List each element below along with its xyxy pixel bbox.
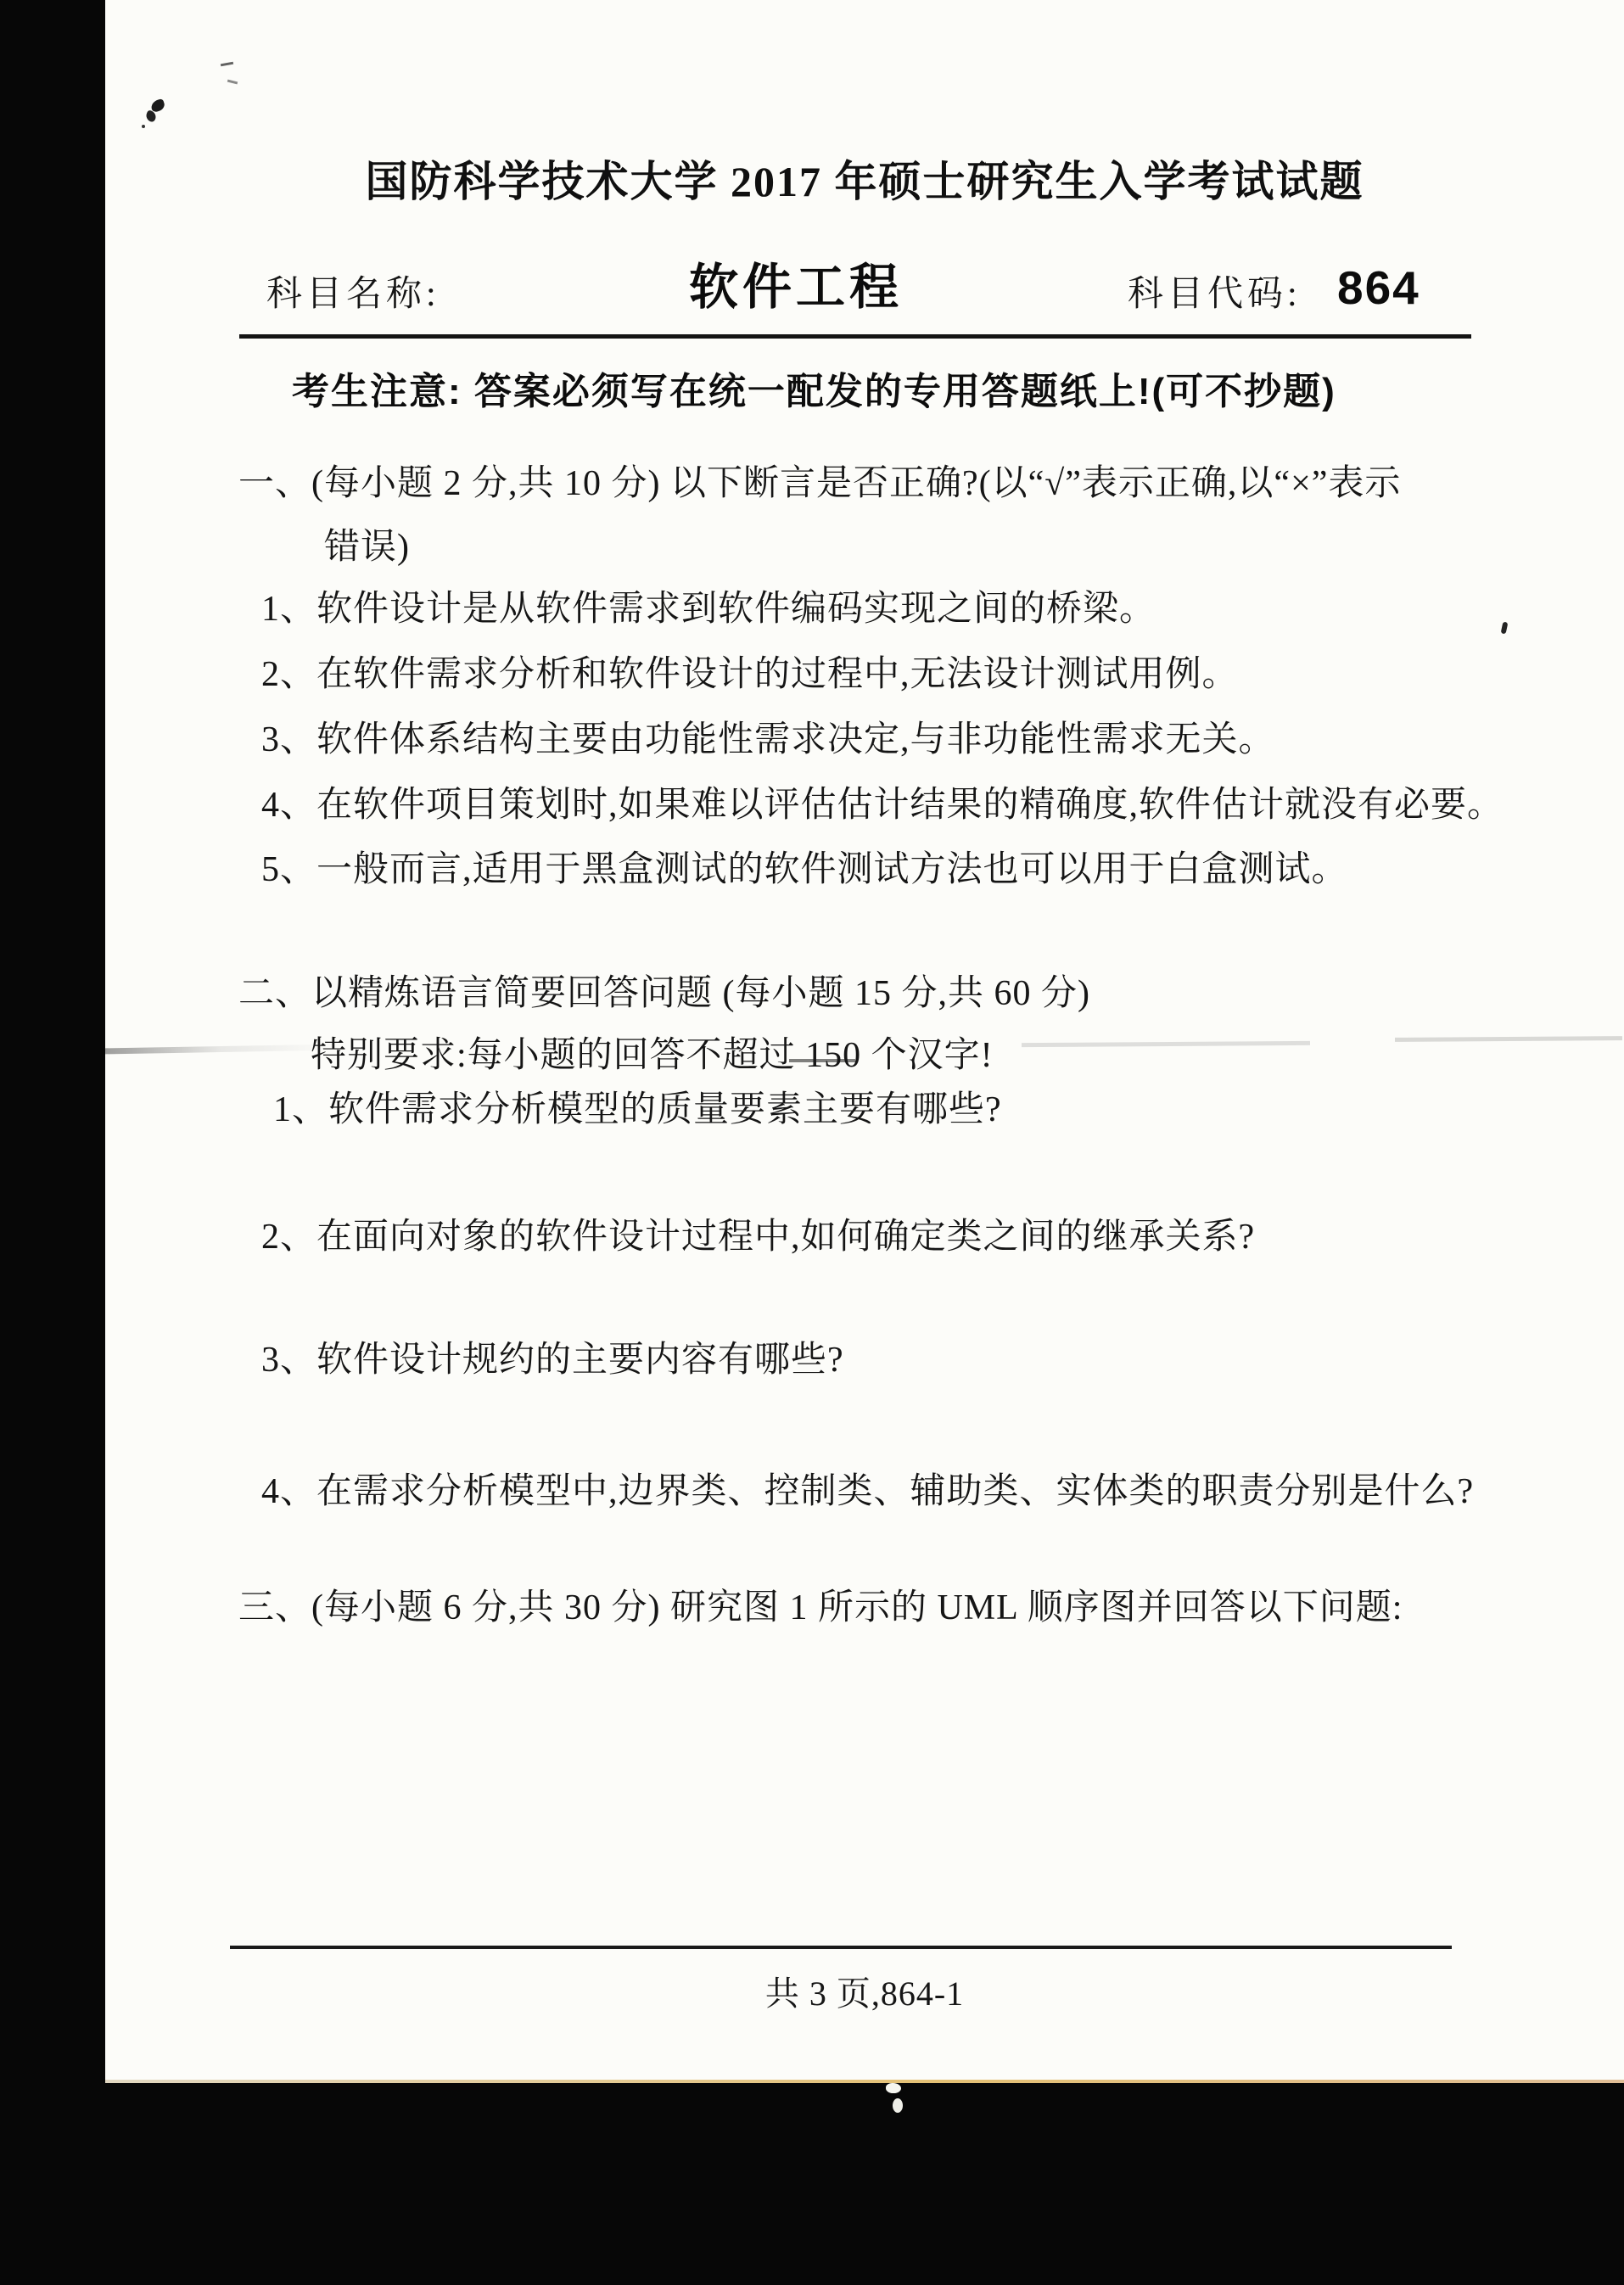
section3-heading: 三、(每小题 6 分,共 30 分) 研究图 1 所示的 UML 顺序图并回答以… [238,1588,1403,1628]
paper-crease-middle [1022,1041,1310,1047]
subject-name-value: 软件工程 [689,260,903,316]
section1-heading-continuation: 错误) [324,527,410,568]
section1-item-5: 5、一般而言,适用于黑盒测试的软件测试方法也可以用于白盒测试。 [261,849,1348,890]
section2-item-2: 2、在面向对象的软件设计过程中,如何确定类之间的继承关系? [261,1217,1255,1257]
section2-item-3: 3、软件设计规约的主要内容有哪些? [261,1340,844,1381]
candidate-notice: 考生注意: 答案必须写在统一配发的专用答题纸上!(可不抄题) [292,371,1336,414]
scan-edge-tint [105,2080,1624,2083]
ink-speck [144,109,158,123]
ink-speck [221,62,233,67]
subject-name-label: 科目名称: [266,274,440,315]
section1-item-4: 4、在软件项目策划时,如果难以评估估计结果的精确度,软件估计就没有必要。 [261,785,1504,826]
exam-title: 国防科学技术大学 2017 年硕士研究生入学考试试题 [105,158,1624,207]
ink-speck [149,98,165,113]
ink-speck [227,80,238,85]
scanned-exam-sheet: { "colors": { "ink": "#151515", "paper":… [0,0,1624,2285]
section2-item-1: 1、软件需求分析模型的质量要素主要有哪些? [273,1089,1002,1130]
section2-item-4: 4、在需求分析模型中,边界类、控制类、辅助类、实体类的职责分别是什么? [261,1471,1474,1512]
page-number-footer: 共 3 页,864-1 [105,1974,1624,2013]
section1-heading: 一、(每小题 2 分,共 10 分) 以下断言是否正确?(以“√”表示正确,以“… [238,463,1401,504]
section1-item-2: 2、在软件需求分析和软件设计的过程中,无法设计测试用例。 [261,654,1239,695]
section1-item-1: 1、软件设计是从软件需求到软件编码实现之间的桥梁。 [261,589,1156,630]
scan-white-speck [886,2083,901,2093]
section2-heading: 二、以精炼语言简要回答问题 (每小题 15 分,共 60 分) [238,973,1090,1014]
footer-divider-rule [230,1946,1452,1949]
subject-code-label: 科目代码: [1128,274,1302,315]
exam-paper-page: 国防科学技术大学 2017 年硕士研究生入学考试试题 科目名称: 软件工程 科目… [105,0,1624,2083]
subject-code-value: 864 [1337,261,1420,315]
section1-item-3: 3、软件体系结构主要由功能性需求决定,与非功能性需求无关。 [261,720,1275,760]
paper-crease-left [105,1044,336,1055]
paper-crease-right [1395,1036,1622,1042]
header-divider-rule [239,334,1471,339]
section2-special-note: 特别要求:每小题的回答不超过 150 个汉字! [311,1035,994,1076]
scan-white-speck [893,2098,903,2113]
ink-speck [1501,622,1509,635]
ink-speck [142,125,145,128]
